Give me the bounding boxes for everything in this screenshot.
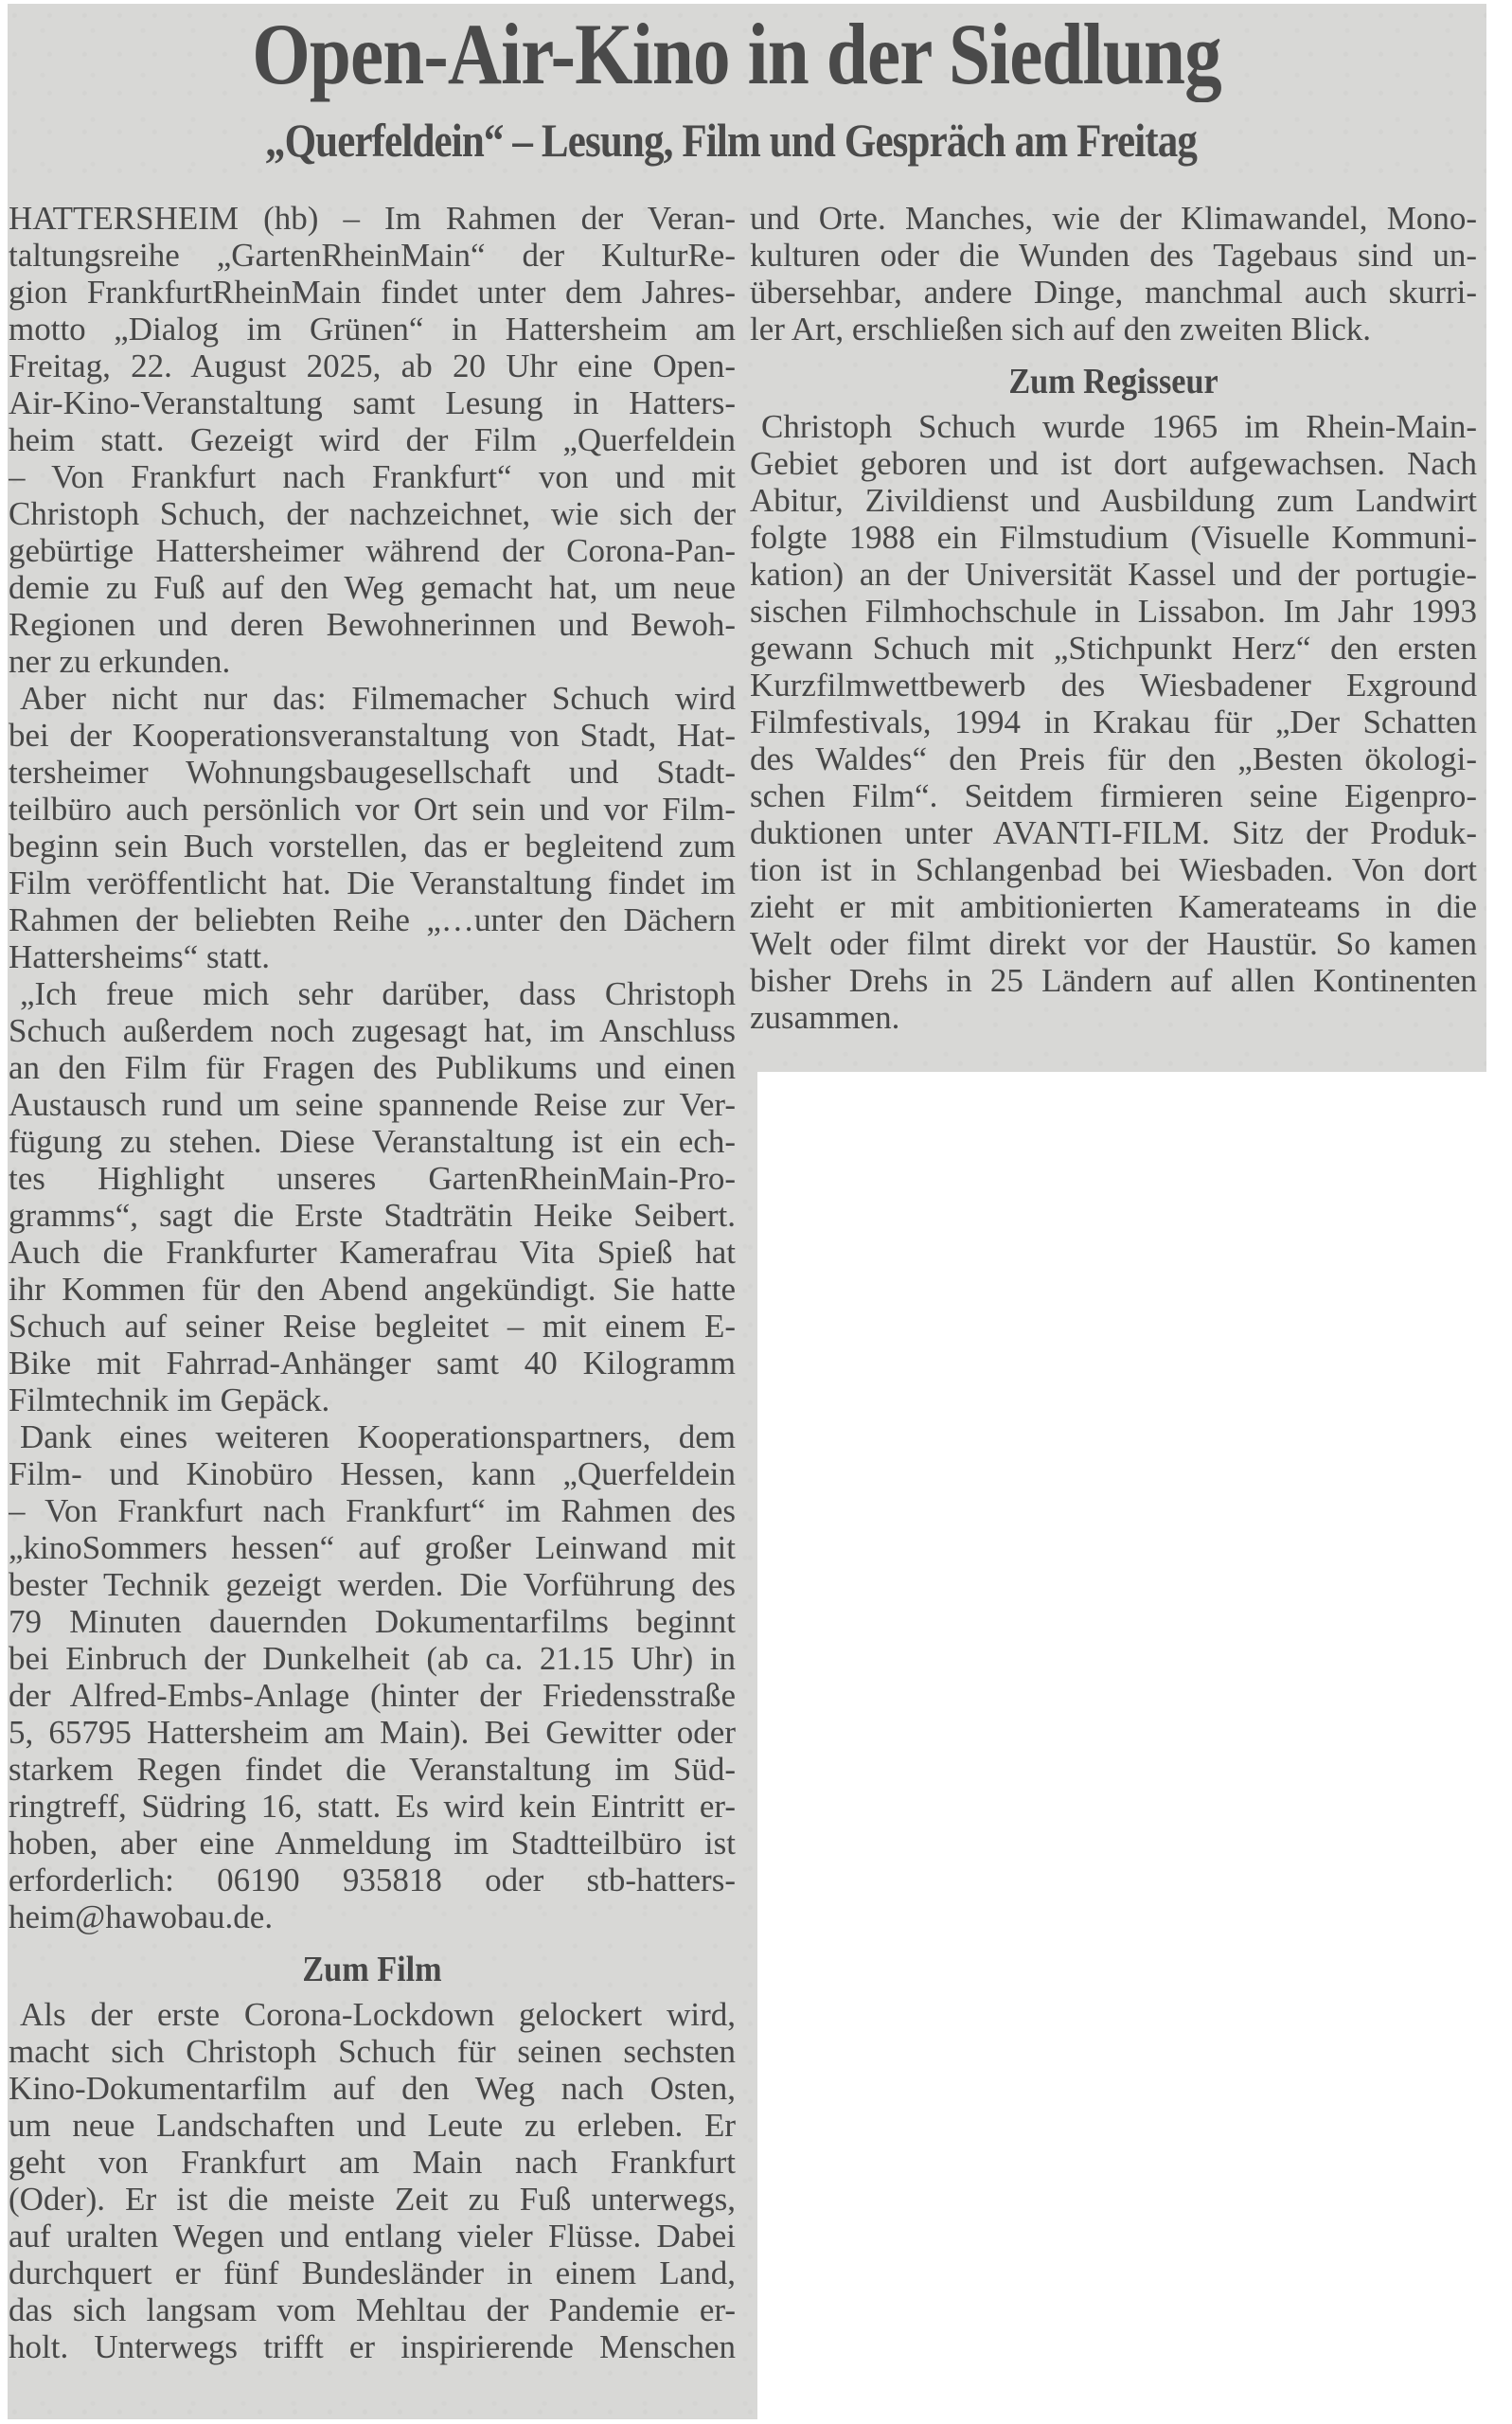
text-line: bei Einbruch der Dunkelheit (ab ca. 21.1… [9,1640,736,1677]
text-line: zusammen. [750,999,1477,1036]
text-line: gion FrankfurtRheinMain findet unter dem… [9,274,736,311]
text-line: duktionen unter AVANTI-FILM. Sitz der Pr… [750,814,1477,851]
text-line: Filmtechnik im Gepäck. [9,1381,736,1418]
text-line: durchquert er fünf Bundesländer in einem… [9,2255,736,2291]
text-line: ringtreff, Südring 16, statt. Es wird ke… [9,1788,736,1825]
text-line: gebürtige Hattersheimer während der Coro… [9,532,736,569]
text-line: bester Technik gezeigt werden. Die Vorfü… [9,1566,736,1603]
text-line: Regionen und deren Bewohnerinnen und Bew… [9,606,736,643]
text-line: erforderlich: 06190 935818 oder stb-hatt… [9,1862,736,1898]
text-line: Austausch rund um seine spannende Reise … [9,1086,736,1123]
text-line: des Waldes“ den Preis für den „Besten ök… [750,740,1477,777]
article-subheadline: „Querfeldein“ – Lesung, Film und Gespräc… [96,112,1366,169]
text-line: übersehbar, andere Dinge, manchmal auch … [750,274,1477,311]
text-line: beginn sein Buch vorstellen, das er begl… [9,828,736,864]
text-line: zieht er mit ambitionierten Kamerateams … [750,888,1477,925]
text-line: Hattersheims“ statt. [9,938,736,975]
text-line: 79 Minuten dauernden Dokumentarfilms beg… [9,1603,736,1640]
text-line: an den Film für Fragen des Publikums und… [9,1049,736,1086]
text-line: und Orte. Manches, wie der Klimawandel, … [750,200,1477,237]
text-line: – Von Frankfurt nach Frankfurt“ im Rahme… [9,1492,736,1529]
text-line: gramms“, sagt die Erste Stadträtin Heike… [9,1197,736,1234]
text-line: der Alfred-Embs-Anlage (hinter der Fried… [9,1677,736,1714]
text-line: ner zu erkunden. [9,643,736,680]
text-line: „kinoSommers hessen“ auf großer Leinwand… [9,1529,736,1566]
text-line: ihr Kommen für den Abend angekündigt. Si… [9,1271,736,1308]
section-heading-director: Zum Regisseur [786,348,1440,408]
text-line: Air-Kino-Veranstaltung samt Lesung in Ha… [9,384,736,421]
text-line: schen Film“. Seitdem firmieren seine Eig… [750,777,1477,814]
text-line: bei der Kooperationsveranstaltung von St… [9,717,736,754]
text-line: teilbüro auch persönlich vor Ort sein un… [9,791,736,828]
text-line: tersheimer Wohnungsbaugesellschaft und S… [9,754,736,791]
text-line: kulturen oder die Wunden des Tagebaus si… [750,237,1477,274]
text-line: „Ich freue mich sehr darüber, dass Chris… [9,975,736,1012]
article-column-left: HATTERSHEIM (hb) – Im Rahmen der Veran- … [9,200,736,2365]
text-line: heim@hawobau.de. [9,1898,736,1935]
text-line: Auch die Frankfurter Kamerafrau Vita Spi… [9,1234,736,1271]
text-line: das sich langsam vom Mehltau der Pandemi… [9,2291,736,2328]
text-line: macht sich Christoph Schuch für seinen s… [9,2033,736,2070]
text-line: Kino-Dokumentarfilm auf den Weg nach Ost… [9,2070,736,2107]
text-line: Welt oder filmt direkt vor der Haustür. … [750,925,1477,962]
text-line: folgte 1988 ein Filmstudium (Visuelle Ko… [750,519,1477,556]
text-line: geht von Frankfurt am Main nach Frankfur… [9,2144,736,2181]
text-line: auf uralten Wegen und entlang vieler Flü… [9,2218,736,2255]
text-line: Freitag, 22. August 2025, ab 20 Uhr eine… [9,348,736,384]
text-line: bisher Drehs in 25 Ländern auf allen Kon… [750,962,1477,999]
text-line: tes Highlight unseres GartenRheinMain-Pr… [9,1160,736,1197]
text-line: Christoph Schuch wurde 1965 im Rhein-Mai… [750,408,1477,445]
section-heading-film: Zum Film [44,1935,699,1996]
text-line: ler Art, erschließen sich auf den zweite… [750,311,1477,348]
text-line: – Von Frankfurt nach Frankfurt“ von und … [9,458,736,495]
text-line: Aber nicht nur das: Filmemacher Schuch w… [9,680,736,717]
text-line: Schuch auf seiner Reise begleitet – mit … [9,1308,736,1345]
text-line: Rahmen der beliebten Reihe „…unter den D… [9,901,736,938]
text-line: fügung zu stehen. Diese Veranstaltung is… [9,1123,736,1160]
text-line: Christoph Schuch, der nachzeichnet, wie … [9,495,736,532]
text-line: Bike mit Fahrrad-Anhänger samt 40 Kilogr… [9,1345,736,1381]
text-line: um neue Landschaften und Leute zu erlebe… [9,2107,736,2144]
text-line: starkem Regen findet die Veranstaltung i… [9,1751,736,1788]
text-line: Dank eines weiteren Kooperationspartners… [9,1418,736,1455]
text-line: 5, 65795 Hattersheim am Main). Bei Gewit… [9,1714,736,1751]
text-line: Kurzfilmwettbewerb des Wiesbadener Exgro… [750,667,1477,704]
article-column-right: und Orte. Manches, wie der Klimawandel, … [750,200,1477,1036]
text-line: heim statt. Gezeigt wird der Film „Querf… [9,421,736,458]
text-line: sischen Filmhochschule in Lissabon. Im J… [750,593,1477,630]
text-line: Gebiet geboren und ist dort aufgewachsen… [750,445,1477,482]
text-line: hoben, aber eine Anmeldung im Stadtteilb… [9,1825,736,1862]
text-line: (Oder). Er ist die meiste Zeit zu Fuß un… [9,2181,736,2218]
text-line: motto „Dialog im Grünen“ in Hattersheim … [9,311,736,348]
article-headline: Open-Air-Kino in der Siedlung [101,2,1372,106]
text-line: Abitur, Zivildienst und Ausbildung zum L… [750,482,1477,519]
text-line: gewann Schuch mit „Stichpunkt Herz“ den … [750,630,1477,667]
text-line: Schuch außerdem noch zugesagt hat, im An… [9,1012,736,1049]
text-line: demie zu Fuß auf den Weg gemacht hat, um… [9,569,736,606]
text-line: Film- und Kinobüro Hessen, kann „Querfel… [9,1455,736,1492]
text-line: taltungsreihe „GartenRheinMain“ der Kult… [9,237,736,274]
text-line: Filmfestivals, 1994 in Krakau für „Der S… [750,704,1477,740]
text-line: Als der erste Corona-Lockdown gelockert … [9,1996,736,2033]
text-line: holt. Unterwegs trifft er inspirierende … [9,2328,736,2365]
text-line: HATTERSHEIM (hb) – Im Rahmen der Veran- [9,200,736,237]
text-line: Film veröffentlicht hat. Die Veranstaltu… [9,864,736,901]
text-line: kation) an der Universität Kassel und de… [750,556,1477,593]
text-line: tion ist in Schlangenbad bei Wiesbaden. … [750,851,1477,888]
